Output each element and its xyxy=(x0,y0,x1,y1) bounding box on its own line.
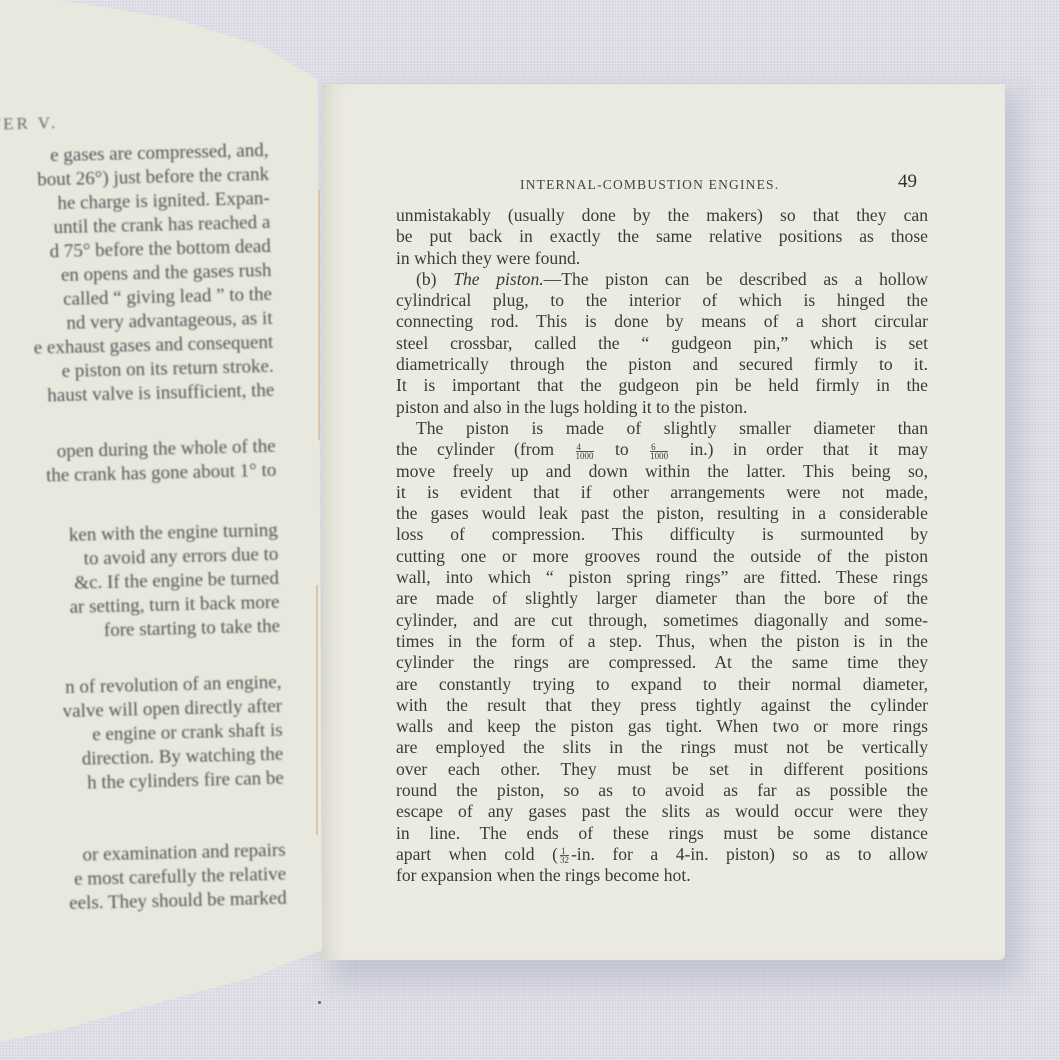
text-line: are constantly trying to expand to their… xyxy=(396,674,928,695)
body-text: unmistakably (usually done by the makers… xyxy=(396,205,928,887)
text-line: piston and also in the lugs holding it t… xyxy=(396,397,928,418)
text-fragment: the cylinder (from xyxy=(396,439,574,459)
fraction: 41000 xyxy=(576,443,594,460)
text-line: The piston is made of slightly smaller d… xyxy=(396,418,928,439)
page-number: 49 xyxy=(898,171,917,193)
fraction-denominator: 32 xyxy=(560,856,569,864)
text-line: ar setting, turn it back more xyxy=(69,592,279,619)
text-line: e engine or crank shaft is xyxy=(92,720,283,747)
section-label: (b) xyxy=(416,269,453,289)
text-line: unmistakably (usually done by the makers… xyxy=(396,205,928,226)
text-line: the crank has gone about 1° to xyxy=(46,460,277,488)
text-line: en opens and the gases rush xyxy=(61,260,272,287)
text-line: called “ giving lead ” to the xyxy=(63,284,272,311)
text-line: open during the whole of the xyxy=(57,436,276,463)
text-line: e gases are compressed, and, xyxy=(50,140,269,167)
text-line: escape of any gases past the slits as wo… xyxy=(396,801,928,822)
text-line: in which they were found. xyxy=(396,248,928,269)
text-line: until the crank has reached a xyxy=(53,212,270,239)
text-line: e most carefully the relative xyxy=(74,864,287,891)
text-line: or examination and repairs xyxy=(82,840,286,867)
text-fragment: apart when cold ( xyxy=(396,844,558,864)
text-line: for expansion when the rings become hot. xyxy=(396,865,928,886)
text-line: cutting one or more grooves round the ou… xyxy=(396,546,928,567)
dust-speck xyxy=(318,1001,321,1004)
text-line: cylindrical plug, to the interior of whi… xyxy=(396,290,928,311)
running-head: INTERNAL-COMBUSTION ENGINES. xyxy=(520,177,779,193)
text-line: are made of slightly larger diameter tha… xyxy=(396,588,928,609)
left-page: TER V. e gases are compressed, and,bout … xyxy=(0,0,330,1060)
text-line: d 75° before the bottom dead xyxy=(49,236,271,263)
page-edge xyxy=(316,585,318,835)
text-line: connecting rod. This is done by means of… xyxy=(396,311,928,332)
text-line: the gases would leak past the piston, re… xyxy=(396,503,928,524)
text-line: steel crossbar, called the “ gudgeon pin… xyxy=(396,333,928,354)
text-line: It is important that the gudgeon pin be … xyxy=(396,375,928,396)
text-line: with the result that they press tightly … xyxy=(396,695,928,716)
text-line: he charge is ignited. Expan- xyxy=(57,188,270,215)
text-line: times in the form of a step. Thus, when … xyxy=(396,631,928,652)
text-line: wall, into which “ piston spring rings” … xyxy=(396,567,928,588)
text-line: to avoid any errors due to xyxy=(83,544,278,571)
fraction-denominator: 1000 xyxy=(650,452,668,460)
text-line: loss of compression. This difficulty is … xyxy=(396,524,928,545)
left-page-text: TER V. e gases are compressed, and,bout … xyxy=(0,39,288,47)
fraction-line: apart when cold (132-in. for a 4-in. pis… xyxy=(396,844,928,865)
chapter-header: TER V. xyxy=(0,113,58,135)
text-line: are employed the slits in the rings must… xyxy=(396,737,928,758)
text-line: haust valve is insufficient, the xyxy=(47,380,275,408)
text-fragment: in.) in order that it may xyxy=(670,439,928,459)
right-page: INTERNAL-COMBUSTION ENGINES. 49 unmistak… xyxy=(322,84,1005,960)
section-heading-line: (b) The piston.—The piston can be descri… xyxy=(396,269,928,290)
fraction-denominator: 1000 xyxy=(576,452,594,460)
page-edge xyxy=(318,190,320,440)
text-fragment: -in. for a 4-in. piston) so as to allow xyxy=(571,844,928,864)
text-line: &c. If the engine be turned xyxy=(74,568,279,595)
text-line: walls and keep the piston gas tight. Whe… xyxy=(396,716,928,737)
text-line: cylinder the rings are compressed. At th… xyxy=(396,652,928,673)
text-line: move freely up and down within the latte… xyxy=(396,461,928,482)
text-line: be put back in exactly the same relative… xyxy=(396,226,928,247)
text-line: bout 26°) just before the crank xyxy=(37,164,269,192)
text-line: direction. By watching the xyxy=(81,744,283,771)
text-line: h the cylinders fire can be xyxy=(87,768,284,795)
section-title: The piston. xyxy=(453,269,543,289)
text-line: cylinder, and are cut through, sometimes… xyxy=(396,610,928,631)
text-line: e exhaust gases and consequent xyxy=(33,332,273,360)
fraction-line: the cylinder (from 41000 to 61000 in.) i… xyxy=(396,439,928,460)
text-fragment: to xyxy=(596,439,649,459)
text-fragment: —The piston can be described as a hollow xyxy=(544,269,928,289)
text-line: fore starting to take the xyxy=(104,616,281,642)
text-line: n of revolution of an engine, xyxy=(65,672,282,699)
text-line: nd very advantageous, as it xyxy=(66,308,273,335)
fraction: 61000 xyxy=(650,443,668,460)
text-line: in line. The ends of these rings must be… xyxy=(396,823,928,844)
text-line: it is evident that if other arrangements… xyxy=(396,482,928,503)
text-line: over each other. They must be set in dif… xyxy=(396,759,928,780)
text-line: ken with the engine turning xyxy=(69,520,278,547)
text-line: valve will open directly after xyxy=(62,696,282,723)
text-line: e piston on its return stroke. xyxy=(61,356,274,383)
text-line: eels. They should be marked xyxy=(69,888,287,915)
text-line: diametrically through the piston and sec… xyxy=(396,354,928,375)
fraction: 132 xyxy=(560,847,569,864)
text-line: round the piston, so as to avoid as far … xyxy=(396,780,928,801)
